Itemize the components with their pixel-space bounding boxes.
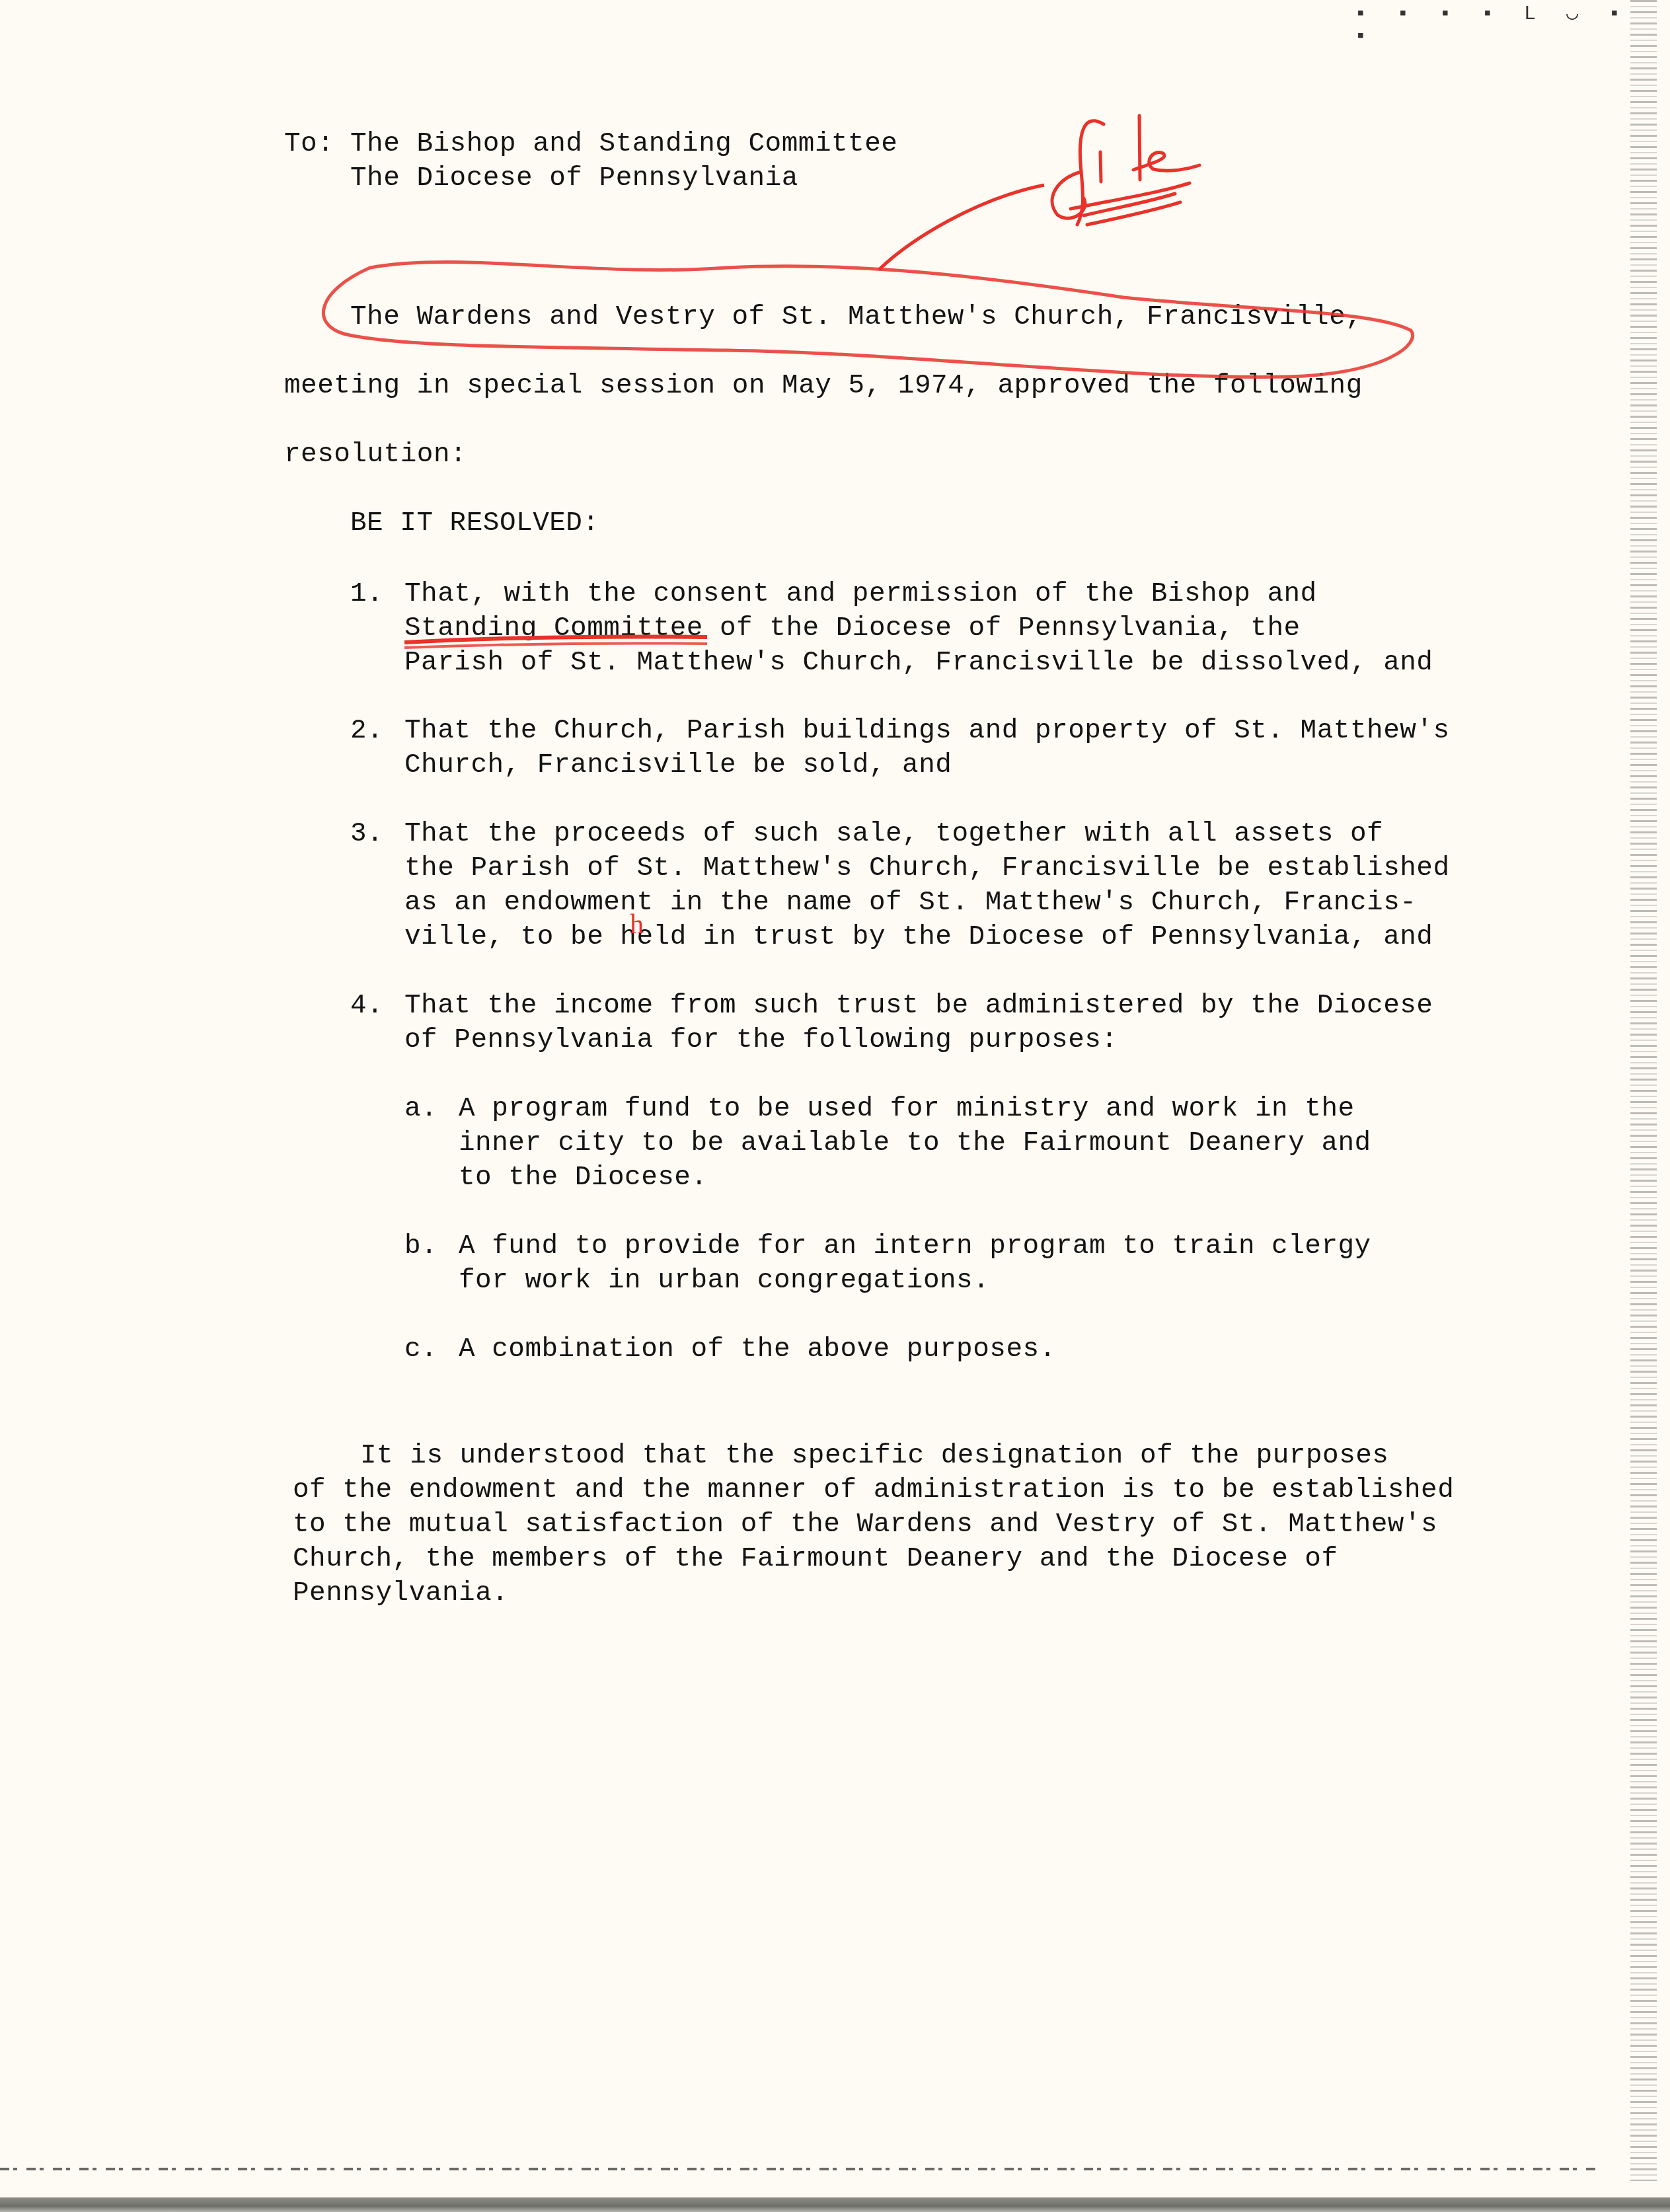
scan-edge-bottom [0, 2197, 1670, 2212]
sub-item-letter: c. [404, 1333, 437, 1366]
recipient-line-1: The Bishop and Standing Committee [350, 128, 897, 161]
leader-line [879, 185, 1044, 270]
item-line: That the proceeds of such sale, together… [404, 818, 1383, 851]
closing-line: of the endowment and the manner of admin… [293, 1474, 1454, 1507]
item-number: 4. [350, 989, 383, 1022]
item-line: That the income from such trust be admin… [404, 989, 1433, 1022]
document-page: ▪ ▪ ▪ ▪ L ◡ ▪ ▪ To: The Bishop and Stand… [0, 0, 1670, 2212]
resolved-heading: BE IT RESOLVED: [350, 507, 599, 540]
item-line: the Parish of St. Matthew's Church, Fran… [404, 852, 1450, 885]
top-edge-marks: ▪ ▪ ▪ ▪ L ◡ ▪ ▪ [1355, 1, 1670, 48]
sub-item-letter: b. [404, 1230, 437, 1263]
to-label: To: [284, 128, 334, 161]
item-number: 1. [350, 578, 383, 611]
item-line: That the Church, Parish buildings and pr… [404, 714, 1450, 747]
item-line: of Pennsylvania for the following purpos… [404, 1024, 1118, 1057]
sub-item-line: A combination of the above purposes. [459, 1333, 1056, 1366]
sub-item-line: inner city to be available to the Fairmo… [459, 1127, 1371, 1160]
item-line: Standing Committee of the Diocese of Pen… [404, 612, 1301, 645]
closing-line: It is understood that the specific desig… [360, 1439, 1388, 1472]
sub-item-line: for work in urban congregations. [459, 1264, 989, 1297]
sub-item-line: A program fund to be used for ministry a… [459, 1092, 1355, 1125]
recipient-line-2: The Diocese of Pennsylvania [350, 162, 798, 195]
item-line: ville, to be held in trust by the Dioces… [404, 921, 1433, 954]
sub-item-line: A fund to provide for an intern program … [459, 1230, 1371, 1263]
sub-item-letter: a. [404, 1092, 437, 1125]
item-line: as an endowment in the name of St. Matth… [404, 886, 1416, 919]
sub-item-line: to the Diocese. [459, 1161, 708, 1194]
item-line: Church, Francisville be sold, and [404, 749, 952, 782]
item-line: Parish of St. Matthew's Church, Francisv… [404, 646, 1433, 679]
item-number: 2. [350, 714, 383, 747]
intro-line-3: resolution: [284, 438, 467, 471]
intro-line-1: The Wardens and Vestry of St. Matthew's … [350, 301, 1362, 334]
file-note-icon [1052, 116, 1199, 225]
closing-line: Church, the members of the Fairmount Dea… [293, 1543, 1338, 1576]
item-line: That, with the consent and permission of… [404, 578, 1317, 611]
closing-line: to the mutual satisfaction of the Warden… [293, 1508, 1437, 1541]
scan-fold-line [0, 2168, 1599, 2170]
intro-line-2: meeting in special session on May 5, 197… [284, 369, 1363, 402]
item-number: 3. [350, 818, 383, 851]
closing-line: Pennsylvania. [293, 1577, 508, 1610]
scan-edge-right [1630, 0, 1657, 2181]
